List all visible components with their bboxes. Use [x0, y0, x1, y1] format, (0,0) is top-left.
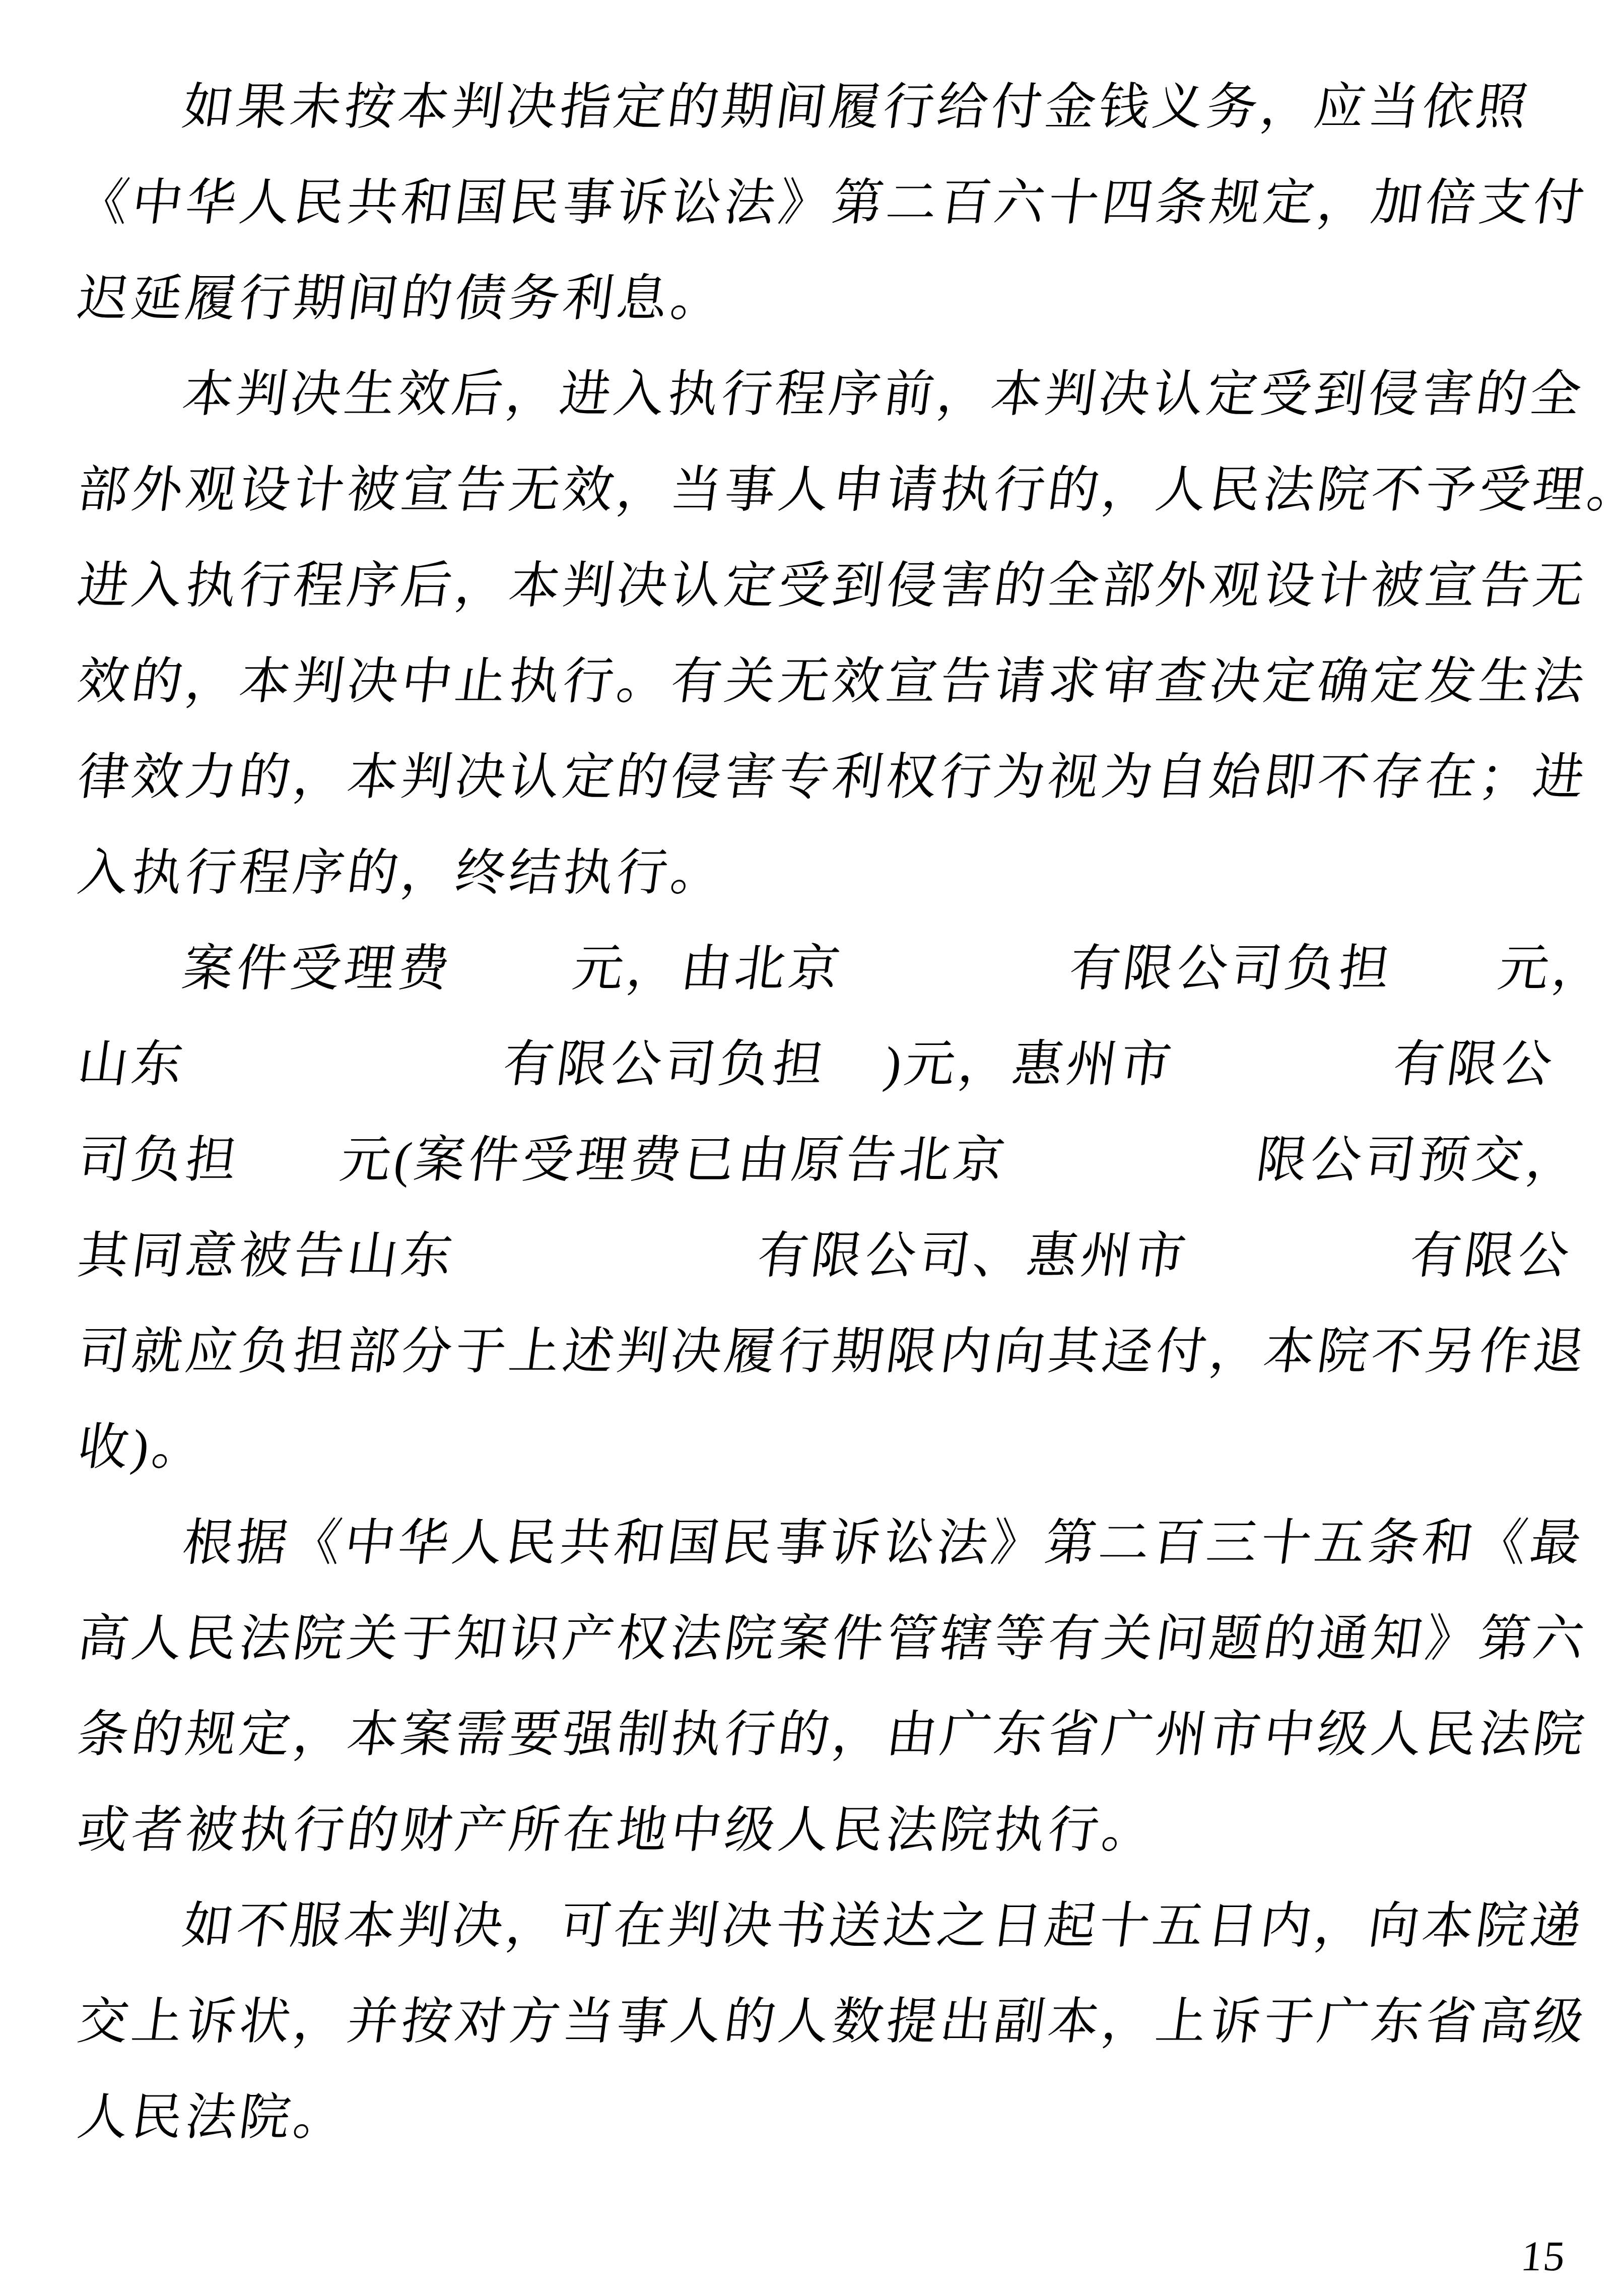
text-segment: 限公司预交， [1253, 1132, 1584, 1188]
text-segment: )元，惠州市 [881, 1036, 1178, 1092]
text-segment: 有限公司、惠州市 [754, 1228, 1193, 1284]
page-number: 15 [1518, 2229, 1569, 2284]
text-line: 高人民法院关于知识产权法院案件管辖等有关问题的通知》第六 [72, 1591, 1595, 1687]
text-line: 或者被执行的财产所在地中级人民法院执行。 [72, 1783, 1595, 1878]
text-segment: 高人民法院关于知识产权法院案件管辖等有关问题的通知》第六 [75, 1611, 1591, 1667]
text-line: 如果未按本判决指定的期间履行给付金钱义务，应当依照 [72, 59, 1595, 155]
redaction-gap [450, 980, 572, 986]
text-segment: 其同意被告山东 [75, 1228, 459, 1284]
text-line: 司负担元(案件受理费已由原告北京限公司预交， [72, 1112, 1595, 1208]
text-line: 部外观设计被宣告无效，当事人申请执行的，人民法院不予受理。 [72, 442, 1595, 538]
text-segment: 司就应负担部分于上述判决履行期限内向其迳付，本院不另作退 [75, 1324, 1591, 1380]
judgment-page: 如果未按本判决指定的期间履行给付金钱义务，应当依照《中华人民共和国民事诉讼法》第… [0, 0, 1622, 2296]
text-segment: 元，由北京 [570, 941, 847, 997]
text-segment: 根据《中华人民共和国民事诉讼法》第二百三十五条和《最 [179, 1515, 1588, 1571]
redaction-gap [1391, 980, 1497, 986]
redaction-gap [453, 1268, 756, 1273]
redaction-gap [841, 980, 1068, 986]
text-line: 其同意被告山东有限公司、惠州市有限公 [72, 1208, 1595, 1304]
text-segment: 条的规定，本案需要强制执行的，由广东省广州市中级人民法院 [75, 1707, 1591, 1762]
text-line: 收)。 [72, 1400, 1595, 1495]
text-segment: 迟延履行期间的债务利息。 [75, 271, 729, 326]
text-line: 山东有限公司负担)元，惠州市有限公 [72, 1017, 1595, 1112]
text-line: 司就应负担部分于上述判决履行期限内向其迳付，本院不另作退 [72, 1304, 1595, 1400]
text-line: 《中华人民共和国民事诉讼法》第二百六十四条规定，加倍支付 [72, 155, 1595, 251]
text-segment: 有限公 [1407, 1228, 1576, 1284]
text-segment: 收)。 [75, 1419, 210, 1475]
redaction-gap [1005, 1172, 1255, 1177]
text-line: 进入执行程序后，本判决认定受到侵害的全部外观设计被宣告无 [72, 538, 1595, 634]
redaction-gap [184, 1076, 502, 1081]
text-segment: 司负担 [75, 1132, 244, 1188]
redaction-gap [238, 1172, 339, 1177]
text-segment: 进入执行程序后，本判决认定受到侵害的全部外观设计被宣告无 [75, 558, 1591, 614]
text-segment: 元， [1495, 941, 1610, 997]
text-line: 入执行程序的，终结执行。 [72, 825, 1595, 921]
text-segment: 入执行程序的，终结执行。 [75, 845, 729, 901]
text-line: 根据《中华人民共和国民事诉讼法》第二百三十五条和《最 [72, 1495, 1595, 1591]
text-line: 人民法院。 [72, 2070, 1595, 2166]
text-segment: 本判决生效后，进入执行程序前，本判决认定受到侵害的全 [179, 366, 1588, 422]
text-segment: 山东 [75, 1036, 190, 1092]
text-line: 条的规定，本案需要强制执行的，由广东省广州市中级人民法院 [72, 1687, 1595, 1783]
text-line: 效的，本判决中止执行。有关无效宣告请求审查决定确定发生法 [72, 634, 1595, 730]
redaction-gap [825, 1076, 883, 1081]
text-line: 交上诉状，并按对方当事人的人数提出副本，上诉于广东省高级 [72, 1974, 1595, 2070]
text-segment: 律效力的，本判决认定的侵害专利权行为视为自始即不存在；进 [75, 749, 1591, 805]
text-segment: 有限公司负担 [500, 1036, 831, 1092]
text-segment: 交上诉状，并按对方当事人的人数提出副本，上诉于广东省高级 [75, 1994, 1591, 2050]
text-line: 本判决生效后，进入执行程序前，本判决认定受到侵害的全 [72, 347, 1595, 442]
text-segment: 或者被执行的财产所在地中级人民法院执行。 [75, 1802, 1160, 1858]
text-line: 如不服本判决，可在判决书送达之日起十五日内，向本院递 [72, 1878, 1595, 1974]
text-segment: 如不服本判决，可在判决书送达之日起十五日内，向本院递 [179, 1898, 1588, 1954]
text-segment: 有限公 [1390, 1036, 1559, 1092]
text-segment: 人民法院。 [75, 2089, 352, 2145]
text-segment: 有限公司负担 [1066, 941, 1397, 997]
text-segment: 案件受理费 [179, 941, 456, 997]
text-segment: 部外观设计被宣告无效，当事人申请执行的，人民法院不予受理。 [75, 462, 1622, 518]
text-segment: 《中华人民共和国民事诉讼法》第二百六十四条规定，加倍支付 [75, 175, 1591, 231]
text-segment: 效的，本判决中止执行。有关无效宣告请求审查决定确定发生法 [75, 653, 1591, 709]
text-line: 案件受理费元，由北京有限公司负担元， [72, 921, 1595, 1017]
text-segment: 如果未按本判决指定的期间履行给付金钱义务，应当依照 [179, 79, 1534, 135]
text-segment: 元(案件受理费已由原告北京 [337, 1132, 1011, 1188]
document-body: 如果未按本判决指定的期间履行给付金钱义务，应当依照《中华人民共和国民事诉讼法》第… [78, 59, 1589, 2166]
redaction-gap [1172, 1076, 1392, 1081]
text-line: 迟延履行期间的债务利息。 [72, 251, 1595, 347]
text-line: 律效力的，本判决认定的侵害专利权行为视为自始即不存在；进 [72, 730, 1595, 825]
redaction-gap [1187, 1268, 1409, 1273]
